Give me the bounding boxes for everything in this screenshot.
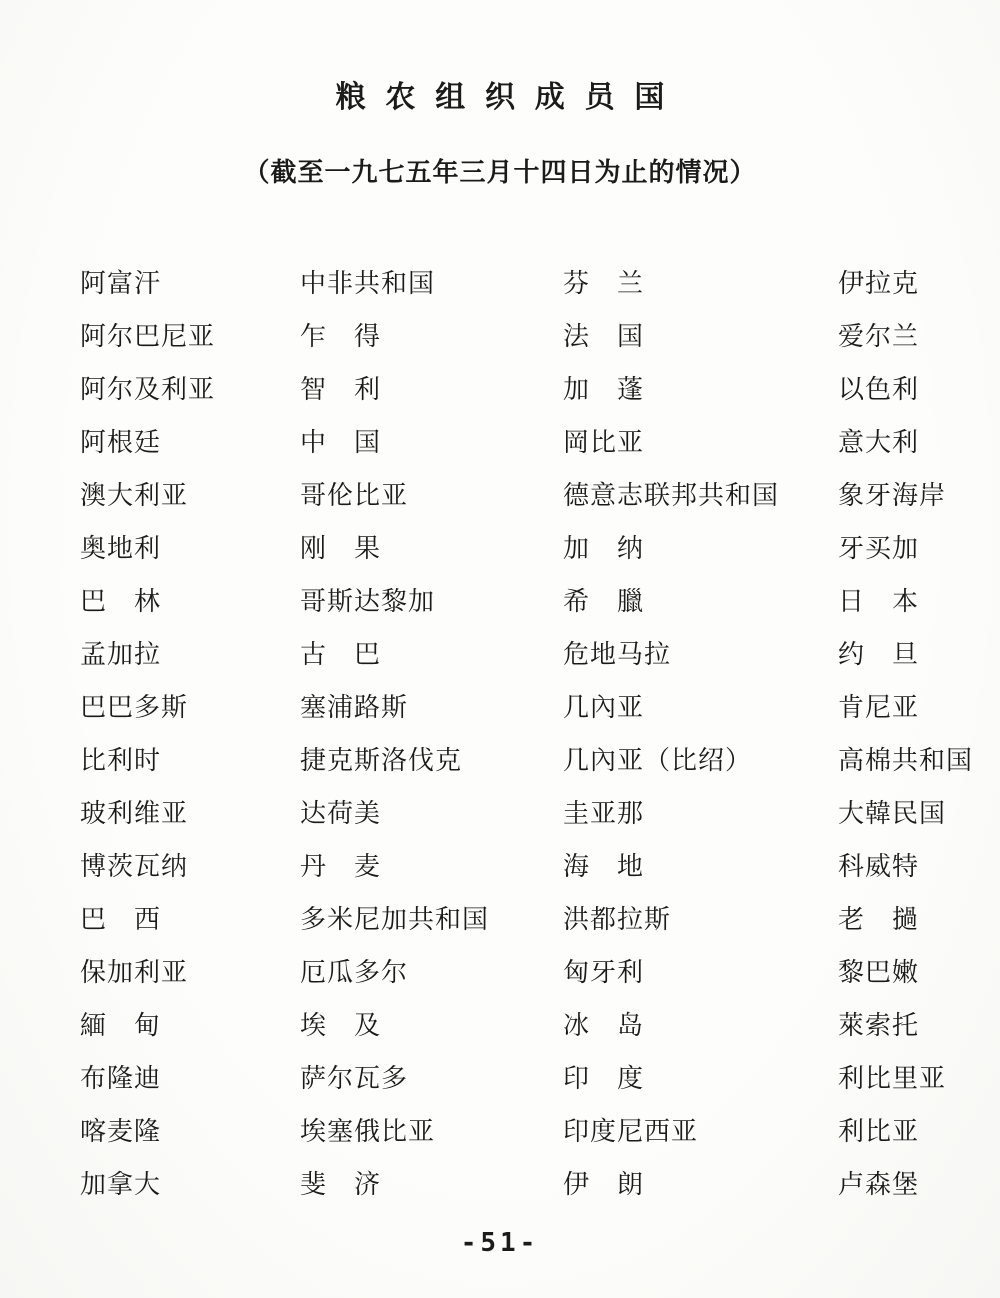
page-number: -51- xyxy=(0,1228,1000,1258)
document-subtitle: （截至一九七五年三月十四日为止的情况） xyxy=(0,152,1000,189)
country-name: 几內亚（比绍） xyxy=(563,732,848,785)
country-name: 伊拉克 xyxy=(838,255,998,308)
country-name: 意大利 xyxy=(838,414,998,467)
country-name: 肯尼亚 xyxy=(838,679,998,732)
country-name: 埃塞俄比亚 xyxy=(300,1103,570,1156)
country-name: 保加利亚 xyxy=(80,944,295,997)
country-name: 洪都拉斯 xyxy=(563,891,848,944)
country-name: 巴 西 xyxy=(80,891,295,944)
country-name: 哥斯达黎加 xyxy=(300,573,570,626)
country-name: 阿根廷 xyxy=(80,414,295,467)
country-name: 埃 及 xyxy=(300,997,570,1050)
country-name: 巴巴多斯 xyxy=(80,679,295,732)
country-name: 萨尔瓦多 xyxy=(300,1050,570,1103)
country-name: 几內亚 xyxy=(563,679,848,732)
country-name: 爱尔兰 xyxy=(838,308,998,361)
country-name: 象牙海岸 xyxy=(838,467,998,520)
country-name: 高棉共和国 xyxy=(838,732,998,785)
country-name: 达荷美 xyxy=(300,785,570,838)
country-name: 布隆迪 xyxy=(80,1050,295,1103)
country-name: 卢森堡 xyxy=(838,1156,998,1209)
country-name: 岡比亚 xyxy=(563,414,848,467)
country-name: 印度尼西亚 xyxy=(563,1103,848,1156)
country-name: 多米尼加共和国 xyxy=(300,891,570,944)
country-name: 中非共和国 xyxy=(300,255,570,308)
country-name: 加 纳 xyxy=(563,520,848,573)
members-column-3: 芬 兰法 国加 蓬岡比亚德意志联邦共和国加 纳希 臘危地马拉几內亚几內亚（比绍）… xyxy=(563,255,848,1209)
country-name: 利比里亚 xyxy=(838,1050,998,1103)
country-name: 孟加拉 xyxy=(80,626,295,679)
country-name: 萊索托 xyxy=(838,997,998,1050)
members-grid: 阿富汗阿尔巴尼亚阿尔及利亚阿根廷澳大利亚奥地利巴 林孟加拉巴巴多斯比利时玻利维亚… xyxy=(0,255,1000,1215)
country-name: 奥地利 xyxy=(80,520,295,573)
country-name: 黎巴嫩 xyxy=(838,944,998,997)
country-name: 阿尔及利亚 xyxy=(80,361,295,414)
country-name: 比利时 xyxy=(80,732,295,785)
country-name: 危地马拉 xyxy=(563,626,848,679)
country-name: 塞浦路斯 xyxy=(300,679,570,732)
country-name: 古 巴 xyxy=(300,626,570,679)
country-name: 加拿大 xyxy=(80,1156,295,1209)
country-name: 哥伦比亚 xyxy=(300,467,570,520)
country-name: 丹 麦 xyxy=(300,838,570,891)
country-name: 加 蓬 xyxy=(563,361,848,414)
country-name: 法 国 xyxy=(563,308,848,361)
country-name: 中 国 xyxy=(300,414,570,467)
members-column-1: 阿富汗阿尔巴尼亚阿尔及利亚阿根廷澳大利亚奥地利巴 林孟加拉巴巴多斯比利时玻利维亚… xyxy=(80,255,295,1209)
country-name: 科威特 xyxy=(838,838,998,891)
country-name: 大韓民国 xyxy=(838,785,998,838)
country-name: 利比亚 xyxy=(838,1103,998,1156)
country-name: 阿富汗 xyxy=(80,255,295,308)
country-name: 玻利维亚 xyxy=(80,785,295,838)
country-name: 匈牙利 xyxy=(563,944,848,997)
country-name: 印 度 xyxy=(563,1050,848,1103)
document-title: 粮农组织成员国 xyxy=(0,72,1000,116)
country-name: 老 撾 xyxy=(838,891,998,944)
country-name: 斐 济 xyxy=(300,1156,570,1209)
country-name: 刚 果 xyxy=(300,520,570,573)
country-name: 希 臘 xyxy=(563,573,848,626)
members-column-2: 中非共和国乍 得智 利中 国哥伦比亚刚 果哥斯达黎加古 巴塞浦路斯捷克斯洛伐克达… xyxy=(300,255,570,1209)
country-name: 以色利 xyxy=(838,361,998,414)
document-page: 粮农组织成员国 （截至一九七五年三月十四日为止的情况） 阿富汗阿尔巴尼亚阿尔及利… xyxy=(0,0,1000,1298)
country-name: 厄瓜多尔 xyxy=(300,944,570,997)
country-name: 圭亚那 xyxy=(563,785,848,838)
country-name: 约 旦 xyxy=(838,626,998,679)
country-name: 冰 岛 xyxy=(563,997,848,1050)
country-name: 澳大利亚 xyxy=(80,467,295,520)
country-name: 牙买加 xyxy=(838,520,998,573)
country-name: 日 本 xyxy=(838,573,998,626)
country-name: 喀麦隆 xyxy=(80,1103,295,1156)
country-name: 芬 兰 xyxy=(563,255,848,308)
country-name: 德意志联邦共和国 xyxy=(563,467,848,520)
country-name: 阿尔巴尼亚 xyxy=(80,308,295,361)
country-name: 捷克斯洛伐克 xyxy=(300,732,570,785)
country-name: 巴 林 xyxy=(80,573,295,626)
country-name: 緬 甸 xyxy=(80,997,295,1050)
members-column-4: 伊拉克爱尔兰以色利意大利象牙海岸牙买加日 本约 旦肯尼亚高棉共和国大韓民国科威特… xyxy=(838,255,998,1209)
country-name: 乍 得 xyxy=(300,308,570,361)
country-name: 博茨瓦纳 xyxy=(80,838,295,891)
country-name: 海 地 xyxy=(563,838,848,891)
country-name: 伊 朗 xyxy=(563,1156,848,1209)
country-name: 智 利 xyxy=(300,361,570,414)
